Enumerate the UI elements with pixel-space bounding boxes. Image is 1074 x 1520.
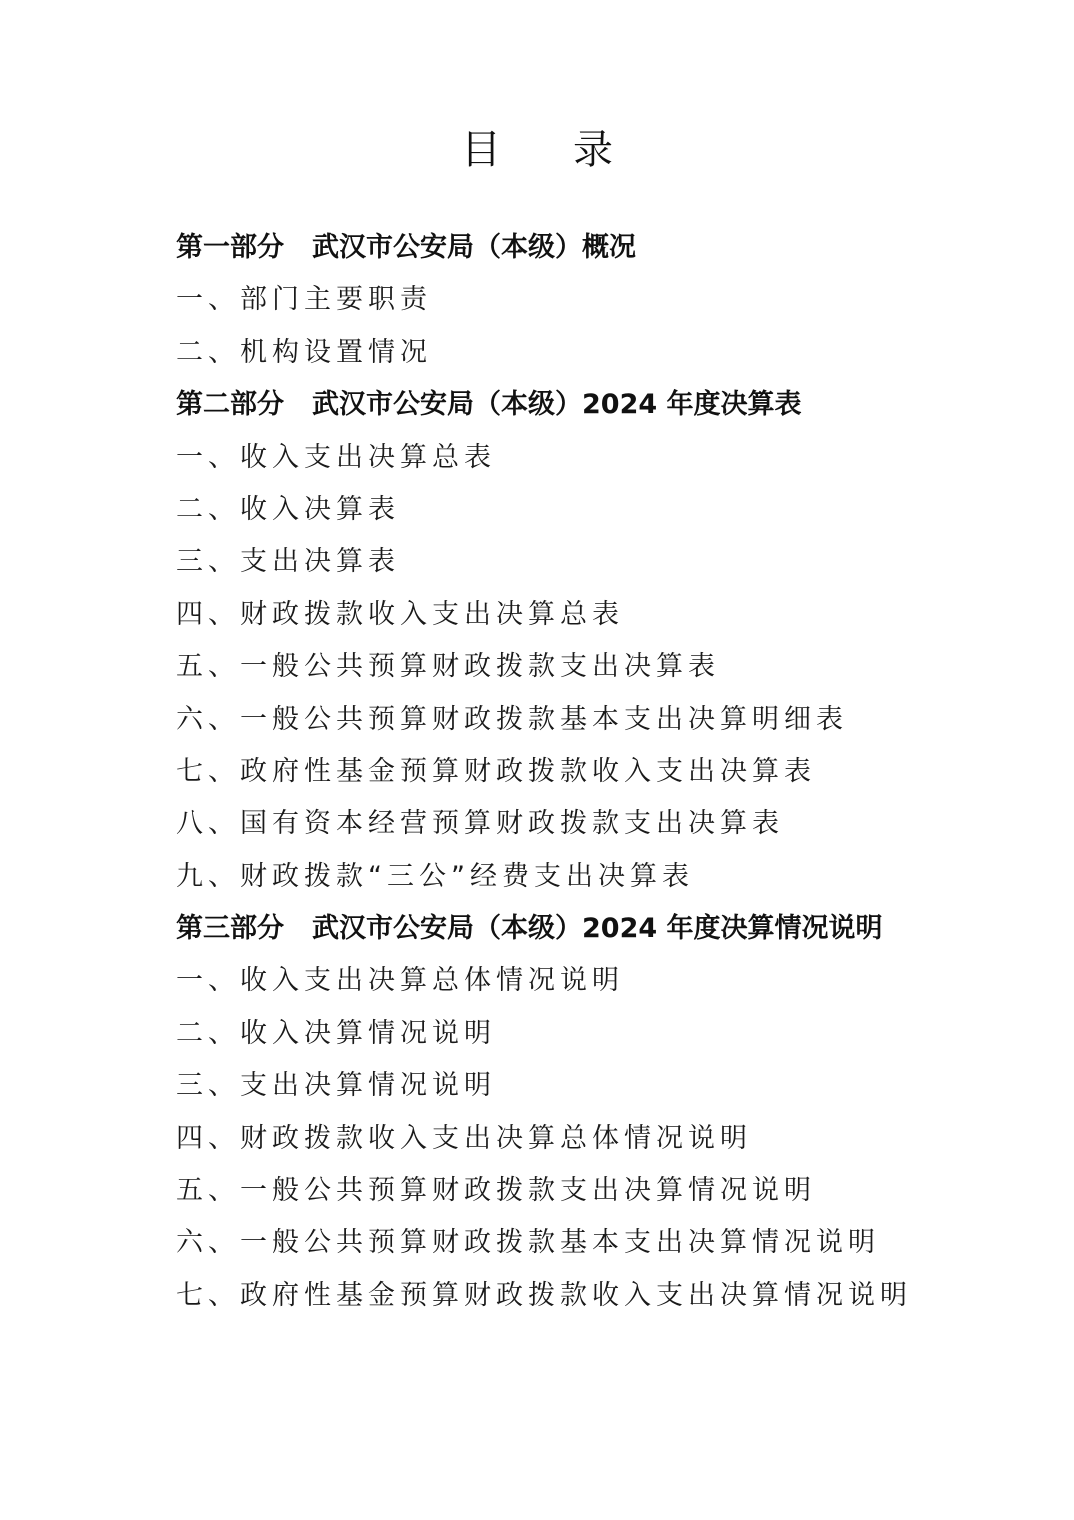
toc-item: 六、一般公共预算财政拨款基本支出决算情况说明 bbox=[176, 1217, 912, 1269]
toc-item: 七、政府性基金预算财政拨款收入支出决算情况说明 bbox=[176, 1270, 912, 1322]
toc-item: 八、国有资本经营预算财政拨款支出决算表 bbox=[176, 798, 912, 850]
part-title: 武汉市公安局（本级）2024 年度决算表 bbox=[312, 389, 802, 420]
toc-item: 七、政府性基金预算财政拨款收入支出决算表 bbox=[176, 746, 912, 798]
toc-item: 四、财政拨款收入支出决算总体情况说明 bbox=[176, 1113, 912, 1165]
toc-item: 二、收入决算情况说明 bbox=[176, 1008, 912, 1060]
title-char-1: 目 bbox=[461, 122, 501, 178]
toc-part-1: 第一部分武汉市公安局（本级）概况 bbox=[176, 222, 912, 274]
toc-item: 三、支出决算情况说明 bbox=[176, 1060, 912, 1112]
toc-item: 二、收入决算表 bbox=[176, 484, 912, 536]
toc-item: 四、财政拨款收入支出决算总表 bbox=[176, 589, 912, 641]
part-label: 第三部分 bbox=[176, 903, 284, 955]
toc-part-2: 第二部分武汉市公安局（本级）2024 年度决算表 bbox=[176, 379, 912, 431]
toc-item: 三、支出决算表 bbox=[176, 536, 912, 588]
toc-part-3: 第三部分武汉市公安局（本级）2024 年度决算情况说明 bbox=[176, 903, 912, 955]
toc-item: 五、一般公共预算财政拨款支出决算表 bbox=[176, 641, 912, 693]
toc-item: 五、一般公共预算财政拨款支出决算情况说明 bbox=[176, 1165, 912, 1217]
toc-item: 一、收入支出决算总体情况说明 bbox=[176, 955, 912, 1007]
toc-item: 一、部门主要职责 bbox=[176, 274, 912, 326]
part-label: 第一部分 bbox=[176, 222, 284, 274]
part-label: 第二部分 bbox=[176, 379, 284, 431]
title-char-2: 录 bbox=[573, 122, 613, 178]
toc-item: 一、收入支出决算总表 bbox=[176, 432, 912, 484]
part-title: 武汉市公安局（本级）2024 年度决算情况说明 bbox=[312, 913, 883, 944]
toc-item: 二、机构设置情况 bbox=[176, 327, 912, 379]
toc-item: 六、一般公共预算财政拨款基本支出决算明细表 bbox=[176, 694, 912, 746]
toc-item: 九、财政拨款“三公”经费支出决算表 bbox=[176, 851, 912, 903]
page-title: 目录 bbox=[0, 122, 1074, 178]
table-of-contents: 第一部分武汉市公安局（本级）概况 一、部门主要职责 二、机构设置情况 第二部分武… bbox=[176, 222, 912, 1322]
part-title: 武汉市公安局（本级）概况 bbox=[312, 232, 636, 263]
